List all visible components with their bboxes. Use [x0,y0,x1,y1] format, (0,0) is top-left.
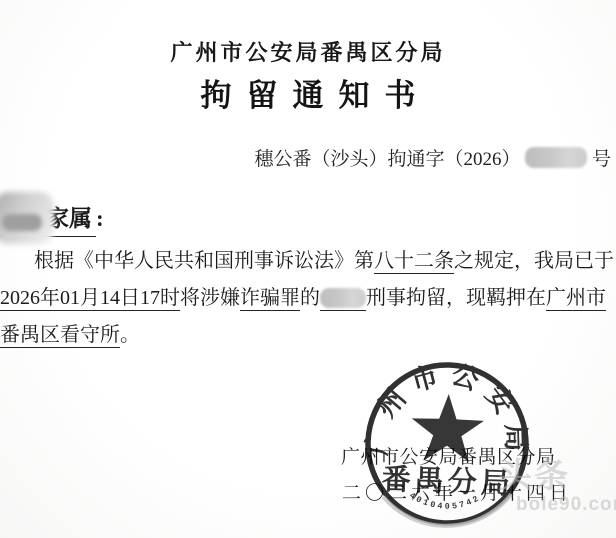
body-line2-mid3: 刑事拘留，现羁押在 [366,287,546,309]
redacted-recipient-name-dark [2,214,42,231]
document-number-suffix: 号 [592,149,611,170]
detention-notice-document: 广州市公安局番禺区分局 拘留通知书 穗公番（沙头）拘通字（2026） 号 家属:… [0,0,616,538]
recipient-colon: : [96,206,104,231]
body-line2-mid2: 的 [300,287,320,309]
site-watermark: 头条 bole90.com [498,458,616,516]
document-title: 拘留通知书 [0,70,616,115]
document-number-line: 穗公番（沙头）拘通字（2026） 号 [254,144,611,171]
body-line2-mid1: 将涉嫌 [180,287,240,309]
body-line-3: 番禺区看守所。 [0,317,616,354]
body-line-2: 2026年01月14日17时将涉嫌诈骗罪的刑事拘留，现羁押在广州市 [0,280,616,317]
seal-star-icon [410,393,484,463]
redacted-document-number [525,147,587,168]
document-number-prefix: 穗公番（沙头）拘通字（2026） [254,149,520,170]
body-line1-post: 之规定，我局已于 [454,250,614,272]
detention-place-underlined: 番禺区看守所 [0,324,120,348]
detention-datetime-underlined: 2026年01月14日17时 [0,287,180,311]
redacted-detainee-name [320,287,366,311]
body-line3-period: 。 [120,324,140,346]
body-line-1: 根据《中华人民共和国刑事诉讼法》第八十二条之规定，我局已于 [0,243,616,280]
watermark-url-text: bole90.com [498,495,616,516]
body-line1-pre: 根据《中华人民共和国刑事诉讼法》第 [34,250,374,272]
watermark-cjk-text: 头条 [498,458,616,495]
seal-branch-text: 番禺分局 [381,463,514,501]
legal-article-underlined: 八十二条 [374,250,454,274]
notice-body: 根据《中华人民共和国刑事诉讼法》第八十二条之规定，我局已于 2026年01月14… [0,243,616,354]
recipient-line: 家属: [0,200,104,246]
issuing-authority-title: 广州市公安局番禺区分局 [0,36,616,67]
redacted-detainee-pill [320,288,366,308]
detention-city-underlined: 广州市 [546,287,606,311]
crime-name-underlined: 诈骗罪 [240,287,300,311]
